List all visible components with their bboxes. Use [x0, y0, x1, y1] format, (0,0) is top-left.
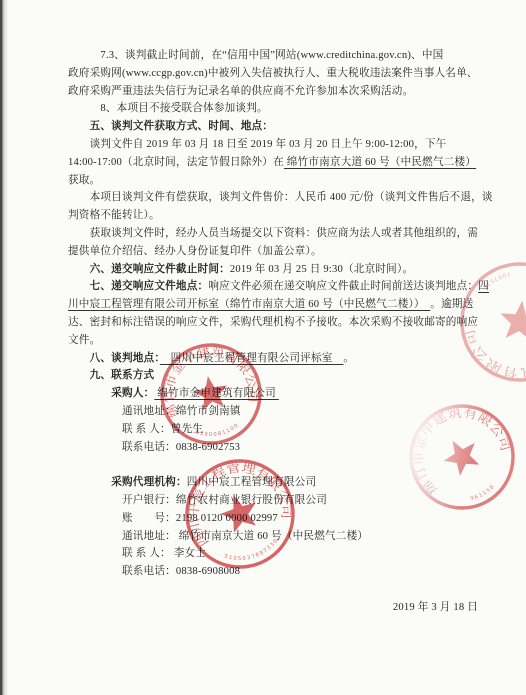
clause-7-3-line-1: 7.3、谈判截止时间前，在“信用中国”网站(www.creditchina.go… — [68, 47, 498, 65]
text-segment: 通讯地址： 绵竹市南京大道 60 号（中民燃气二楼） — [68, 531, 368, 542]
document-page: 7.3、谈判截止时间前，在“信用中国”网站(www.creditchina.go… — [0, 0, 526, 695]
document-body: 7.3、谈判截止时间前，在“信用中国”网站(www.creditchina.go… — [0, 47, 526, 617]
text-segment: 四川中宸工程管理有限公司 — [187, 477, 317, 488]
text-segment: 达、密封和标注错误的响应文件，采购代理机构不予接收。本次采购不接收邮寄的响应 — [68, 317, 478, 328]
underlined-text: 绵竹市金申建筑有限公司 — [154, 388, 278, 399]
section-5-line-3: 获取。 — [68, 172, 498, 190]
text-segment: 2019 年 3 月 18 日 — [393, 602, 478, 613]
text-segment: 联 系 人：曾先生 — [68, 424, 203, 435]
text-segment: 获取。 — [68, 175, 100, 186]
text-segment: 判资格不能转让）。 — [68, 210, 160, 221]
section-5-line-1: 谈判文件自 2019 年 03 月 18 日至 2019 年 03 月 20 日… — [68, 136, 498, 154]
section-5-heading: 五、谈判文件获取方式、时间、地点： — [68, 118, 498, 136]
text-segment: 。 — [343, 353, 354, 364]
text-segment: 八、谈判地点： — [68, 353, 160, 364]
clause-8: 8、本项目不接受联合体参加谈判。 — [68, 100, 498, 118]
text-segment: 文件。 — [68, 335, 100, 346]
text-segment — [68, 477, 111, 488]
clause-7-3-line-3: 政府采购严重违法失信行为记录名单的供应商不允许参加本次采购活动。 — [68, 83, 498, 101]
section-6: 六、递交响应文件截止时间：2019 年 03 月 25 日 9:30（北京时间）… — [68, 261, 498, 279]
section-9-heading: 九、联系方式 — [68, 367, 498, 385]
underlined-text: 四 — [478, 281, 489, 292]
agency-address: 通讯地址： 绵竹市南京大道 60 号（中民燃气二楼） — [68, 528, 498, 546]
text-segment: 联 系 人： 李女士 — [68, 548, 206, 559]
text-segment: 采购代理机构： — [111, 477, 187, 488]
purchaser-contact: 联 系 人：曾先生 — [68, 421, 498, 439]
text-segment: 联系电话：0838-6908008 — [68, 566, 240, 577]
text-segment: 五、谈判文件获取方式、时间、地点： — [68, 121, 273, 132]
text-segment: 7.3、谈判截止时间前，在“信用中国”网站(www.creditchina.go… — [68, 50, 443, 61]
blank-line — [68, 456, 498, 474]
text-segment: 九、联系方式 — [68, 370, 154, 381]
section-5-line-4: 本项目谈判文件有偿获取，谈判文件售价：人民币 400 元/份（谈判文件售后不退，… — [68, 189, 498, 207]
text-segment: 采购人： — [111, 388, 154, 399]
text-segment: 联系电话：0838-6902753 — [68, 442, 240, 453]
text-segment: 账 号：2198 0120 0000 02997 — [68, 513, 278, 524]
text-segment: 政府采购严重违法失信行为记录名单的供应商不允许参加本次采购活动。 — [68, 86, 413, 97]
text-segment: 。逾期送 — [430, 299, 473, 310]
purchaser-address: 通讯地址：绵竹市剑南镇 — [68, 403, 498, 421]
agency-phone: 联系电话：0838-6908008 — [68, 563, 498, 581]
text-segment: 提供单位介绍信、经办人身份证复印件（加盖公章）。 — [68, 246, 322, 257]
date-line: 2019 年 3 月 18 日 — [68, 599, 498, 617]
text-segment: 获取谈判文件时，经办人员当场提交以下资料：供应商为法人或者其他组织的，需 — [68, 228, 478, 239]
section-7-line-2: 川中宸工程管理有限公司开标室（绵竹市南京大道 60 号（中民燃气二楼）） 。逾期… — [68, 296, 498, 314]
section-7-line-3: 达、密封和标注错误的响应文件，采购代理机构不予接收。本次采购不接收邮寄的响应 — [68, 314, 498, 332]
section-5-line-2: 14:00-17:00（北京时间，法定节假日除外）在 绵竹市南京大道 60 号（… — [68, 154, 498, 172]
purchaser-name: 采购人： 绵竹市金申建筑有限公司 — [68, 385, 498, 403]
text-segment: 8、本项目不接受联合体参加谈判。 — [68, 103, 268, 114]
section-5-line-6: 获取谈判文件时，经办人员当场提交以下资料：供应商为法人或者其他组织的，需 — [68, 225, 498, 243]
purchaser-phone: 联系电话：0838-6902753 — [68, 439, 498, 457]
text-segment: 通讯地址：绵竹市剑南镇 — [68, 406, 241, 417]
agency-bank: 开户银行：绵竹农村商业银行股份有限公司 — [68, 492, 498, 510]
section-5-line-7: 提供单位介绍信、经办人身份证复印件（加盖公章）。 — [68, 243, 498, 261]
text-segment: 2019 年 03 月 25 日 9:30（北京时间）。 — [230, 264, 413, 275]
underlined-text: 四川中宸工程管理有限公司评标室 — [160, 353, 344, 364]
section-5-line-5: 判资格不能转让）。 — [68, 207, 498, 225]
blank-line — [68, 581, 498, 599]
text-segment: 开户银行：绵竹农村商业银行股份有限公司 — [68, 495, 327, 506]
text-segment: 14:00-17:00（北京时间，法定节假日除外）在 — [68, 157, 284, 168]
section-8: 八、谈判地点： 四川中宸工程管理有限公司评标室 。 — [68, 350, 498, 368]
text-segment: 政府采购网(www.ccgp.gov.cn)中被列入失信被执行人、重大税收违法案… — [68, 68, 478, 79]
underlined-text: 绵竹市南京大道 60 号（中民燃气二楼） — [284, 157, 476, 168]
text-segment — [68, 388, 111, 399]
text-segment: 谈判文件自 2019 年 03 月 18 日至 2019 年 03 月 20 日… — [68, 139, 447, 150]
text-segment: 本项目谈判文件有偿获取，谈判文件售价：人民币 400 元/份（谈判文件售后不退，… — [68, 192, 493, 203]
section-7-line-4: 文件。 — [68, 332, 498, 350]
text-segment: 七、递交响应文件地点： — [68, 281, 208, 292]
underlined-text: 川中宸工程管理有限公司开标室（绵竹市南京大道 60 号（中民燃气二楼）） — [68, 299, 430, 310]
agency-name: 采购代理机构：四川中宸工程管理有限公司 — [68, 474, 498, 492]
text-segment: 响应文件必须在递交响应文件截止时间前送达谈判地点： — [208, 281, 478, 292]
text-segment: 六、递交响应文件截止时间： — [68, 264, 230, 275]
scan-edge-shadow — [0, 0, 8, 695]
agency-contact: 联 系 人： 李女士 — [68, 545, 498, 563]
agency-account: 账 号：2198 0120 0000 02997 — [68, 510, 498, 528]
clause-7-3-line-2: 政府采购网(www.ccgp.gov.cn)中被列入失信被执行人、重大税收违法案… — [68, 65, 498, 83]
section-7-line-1: 七、递交响应文件地点：响应文件必须在递交响应文件截止时间前送达谈判地点：四 — [68, 278, 498, 296]
